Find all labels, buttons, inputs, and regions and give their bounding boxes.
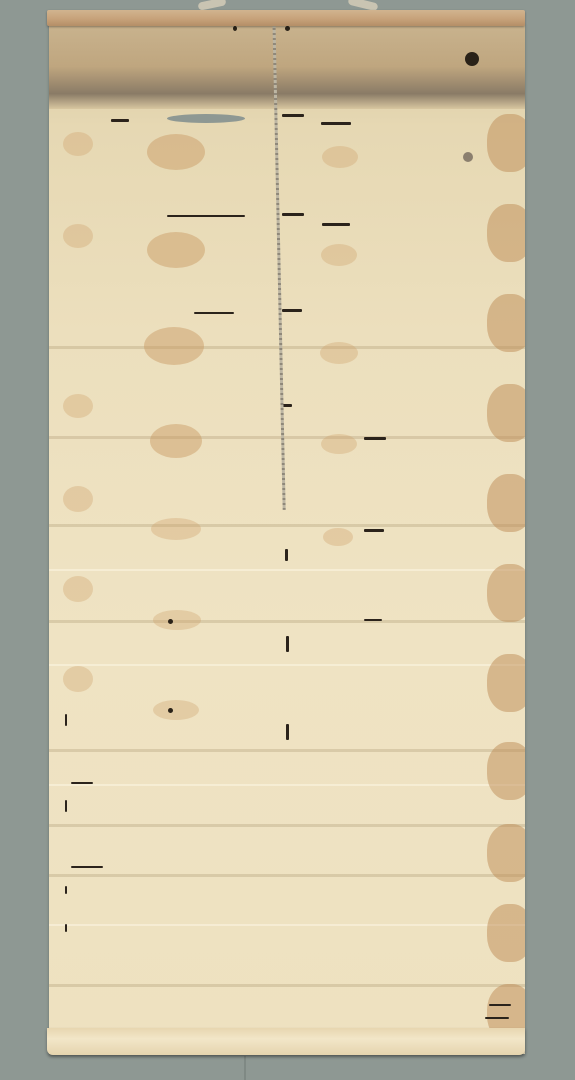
edge-stain — [487, 474, 525, 532]
ink-mark — [111, 119, 129, 122]
fold-line — [49, 749, 525, 752]
edge-stain — [487, 742, 525, 800]
ink-mark — [489, 1004, 511, 1006]
ink-mark — [71, 866, 103, 868]
edge-stain — [487, 204, 525, 262]
water-stain — [63, 486, 93, 512]
ink-mark — [364, 529, 384, 532]
ink-mark — [71, 782, 93, 784]
discolored-top-band — [49, 24, 525, 109]
ink-mark — [282, 309, 302, 312]
water-stain — [321, 244, 357, 266]
water-stain — [144, 327, 204, 365]
ink-mark — [167, 215, 245, 217]
water-stain — [151, 518, 201, 540]
ink-mark — [286, 636, 289, 652]
wall-seam — [244, 1056, 246, 1080]
fold-line — [49, 664, 525, 666]
water-stain — [323, 528, 353, 546]
tear-gap — [167, 114, 245, 123]
worm-hole — [168, 619, 173, 624]
water-stain — [321, 434, 357, 454]
scroll-paper — [49, 24, 525, 1054]
ink-mark — [364, 619, 382, 621]
water-stain — [322, 146, 358, 168]
bottom-roller — [47, 1028, 525, 1055]
fold-line — [49, 984, 525, 987]
edge-stain — [487, 384, 525, 442]
water-stain — [63, 132, 93, 156]
water-stain — [63, 576, 93, 602]
water-stain — [320, 342, 358, 364]
worm-hole — [463, 152, 473, 162]
ink-mark — [194, 312, 234, 314]
fold-line — [49, 924, 525, 926]
fold-line — [49, 824, 525, 827]
ink-mark — [65, 886, 67, 894]
edge-stain — [487, 564, 525, 622]
water-stain — [153, 610, 201, 630]
ink-mark — [285, 549, 288, 561]
fold-line — [49, 784, 525, 786]
worm-hole — [465, 52, 479, 66]
water-stain — [147, 134, 205, 170]
fold-line — [49, 620, 525, 623]
worm-hole — [285, 26, 290, 31]
edge-stain — [487, 904, 525, 962]
ink-mark — [282, 213, 304, 216]
edge-stain — [487, 824, 525, 882]
ink-mark — [65, 924, 67, 932]
water-stain — [63, 224, 93, 248]
ink-mark — [322, 223, 350, 226]
edge-stain — [487, 294, 525, 352]
ink-mark — [282, 114, 304, 117]
water-stain — [63, 394, 93, 418]
fold-line — [49, 524, 525, 527]
ink-mark — [286, 724, 289, 740]
fold-line — [49, 436, 525, 439]
water-stain — [150, 424, 202, 458]
edge-stain — [487, 114, 525, 172]
worm-hole — [233, 26, 237, 31]
top-rod — [47, 10, 525, 26]
ink-mark — [485, 1017, 509, 1019]
water-stain — [147, 232, 205, 268]
fold-line — [49, 346, 525, 349]
worm-hole — [168, 708, 173, 713]
water-stain — [63, 666, 93, 692]
ink-mark — [65, 714, 67, 726]
fold-line — [49, 874, 525, 877]
water-stain — [153, 700, 199, 720]
ink-mark — [321, 122, 351, 125]
fold-line — [49, 569, 525, 571]
ink-mark — [364, 437, 386, 440]
ink-mark — [65, 800, 67, 812]
edge-stain — [487, 654, 525, 712]
